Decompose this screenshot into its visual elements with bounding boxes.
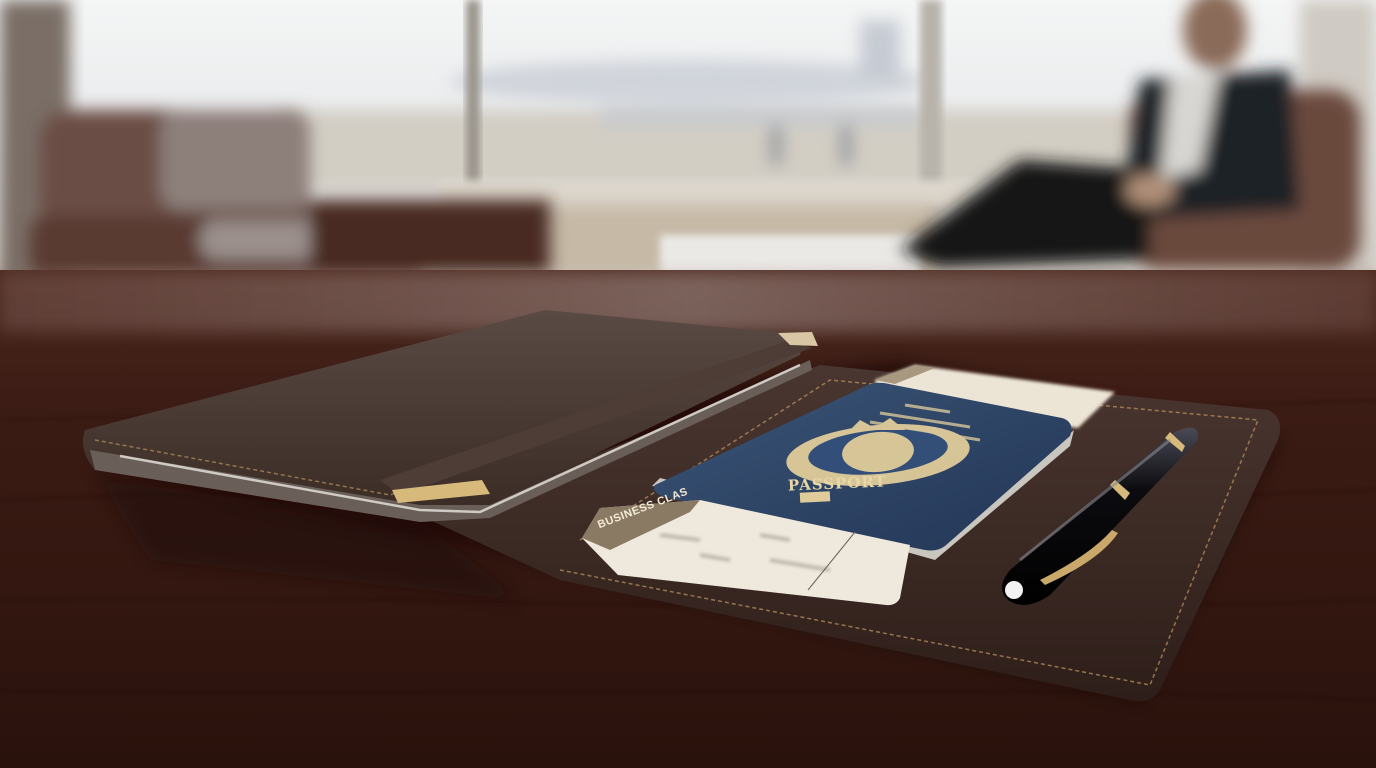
scene-illustration <box>0 0 1376 768</box>
photo-scene: PASSPORT BUSINESS CLAS Leather travel do… <box>0 0 1376 768</box>
